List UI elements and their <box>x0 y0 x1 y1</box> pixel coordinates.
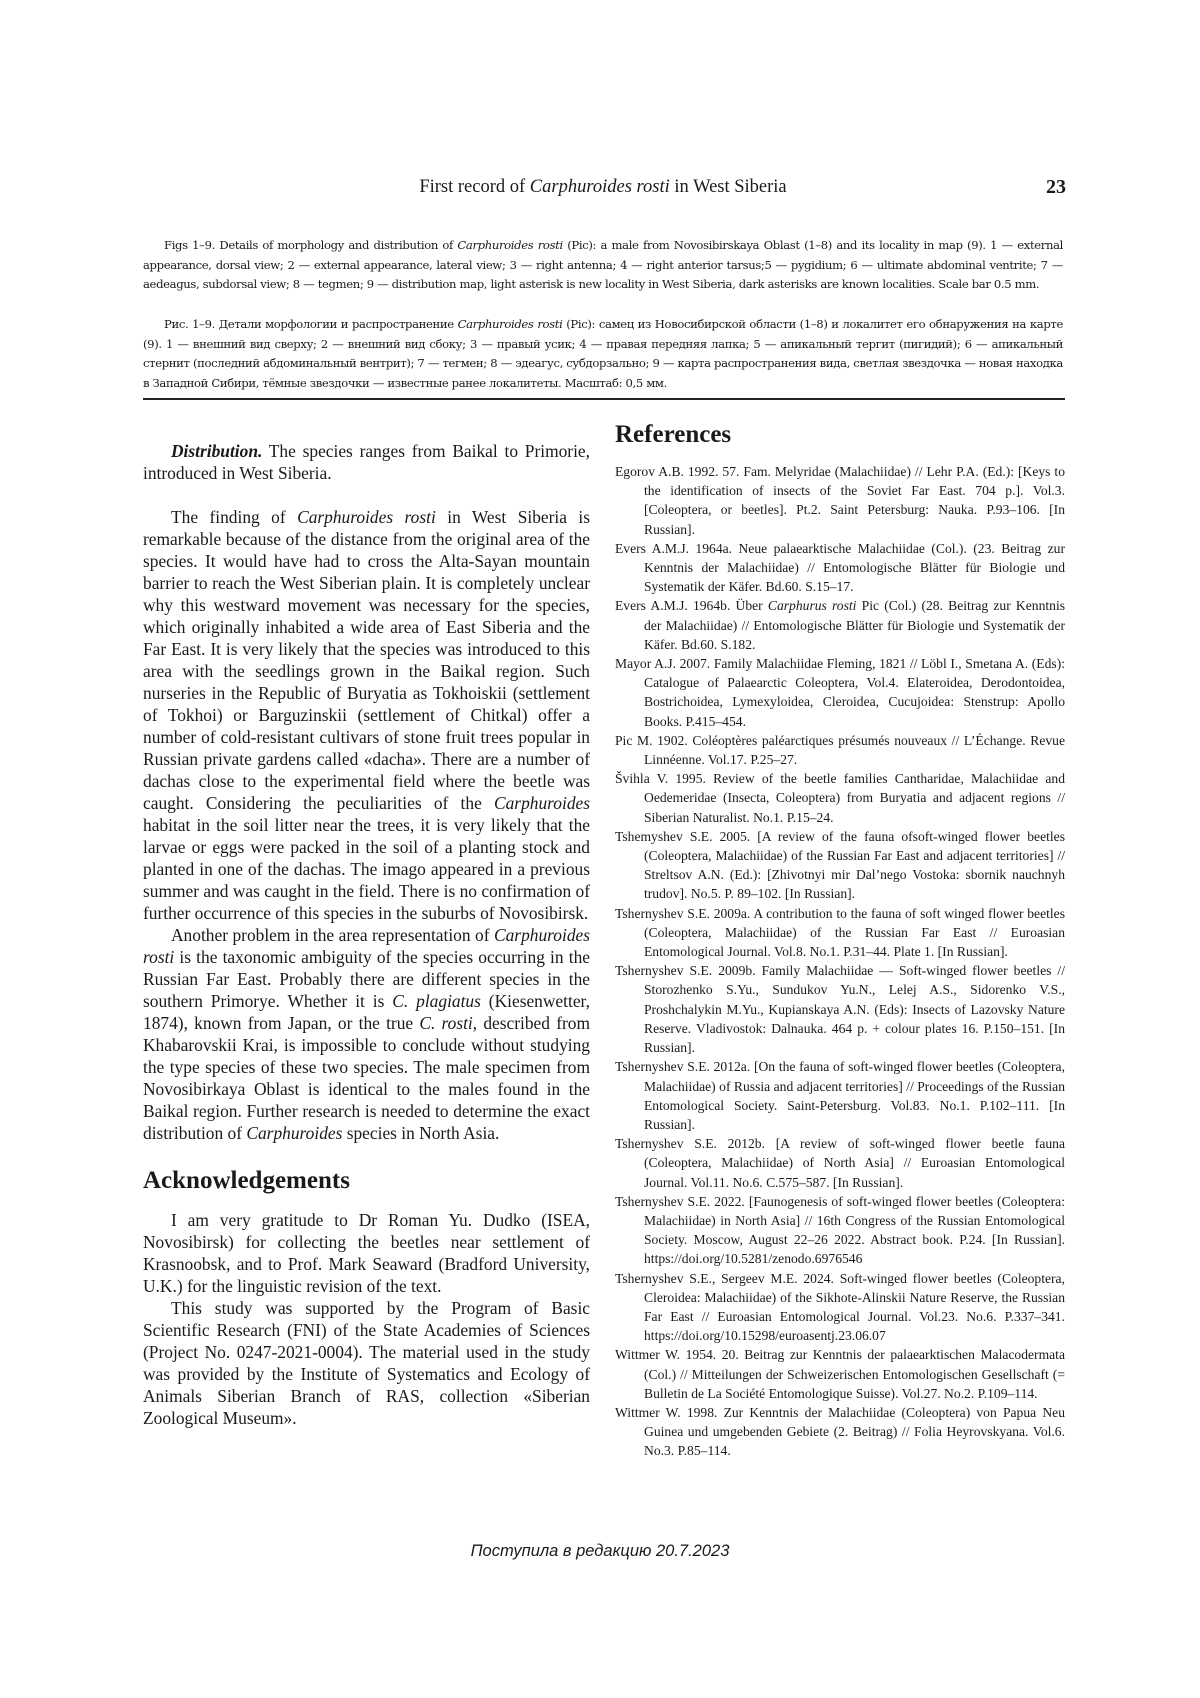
reference-item: Wittmer W. 1998. Zur Kenntnis der Malach… <box>615 1403 1065 1461</box>
reference-item: Tshernyshev S.E. 2009b. Family Malachiid… <box>615 961 1065 1057</box>
figure-caption-russian: Рис. 1–9. Детали морфологии и распростра… <box>143 315 1063 393</box>
section-divider <box>143 398 1065 400</box>
reference-item: Tshernyshev S.E. 2022. [Faunogenesis of … <box>615 1192 1065 1269</box>
reference-item: Evers A.M.J. 1964b. Über Carphurus rosti… <box>615 596 1065 654</box>
reference-item: Pic M. 1902. Coléoptères paléarctiques p… <box>615 731 1065 769</box>
reference-item: Tshernyshev S.E. 2012a. [On the fauna of… <box>615 1057 1065 1134</box>
references-column: References Egorov A.B. 1992. 57. Fam. Me… <box>615 420 1065 1461</box>
acknowledgements-paragraph-1: I am very gratitude to Dr Roman Yu. Dudk… <box>143 1209 590 1297</box>
reference-item: Švihla V. 1995. Review of the beetle fam… <box>615 769 1065 827</box>
reference-item: Wittmer W. 1954. 20. Beitrag zur Kenntni… <box>615 1345 1065 1403</box>
figure-caption-english: Figs 1–9. Details of morphology and dist… <box>143 236 1063 295</box>
distribution-label: Distribution. <box>171 441 262 461</box>
references-heading: References <box>615 420 1065 450</box>
page-number: 23 <box>1030 176 1066 198</box>
acknowledgements-heading: Acknowledgements <box>143 1166 590 1196</box>
reference-item: Tshernyshev S.E. 2009a. A contribution t… <box>615 904 1065 962</box>
main-text-column: Distribution. The species ranges from Ba… <box>143 440 590 1429</box>
body-paragraph-2: Another problem in the area representati… <box>143 924 590 1144</box>
reference-item: Egorov A.B. 1992. 57. Fam. Melyridae (Ma… <box>615 462 1065 539</box>
species-name: Carphuroides rosti <box>530 177 670 197</box>
reference-item: Evers A.M.J. 1964a. Neue palaearktische … <box>615 539 1065 597</box>
body-paragraph-1: The finding of Carphuroides rosti in Wes… <box>143 506 590 924</box>
reference-item: Mayor A.J. 2007. Family Malachiidae Flem… <box>615 654 1065 731</box>
reference-item: Tshernyshev S.E. 2012b. [A review of sof… <box>615 1134 1065 1192</box>
reference-item: Tshemyshev S.E. 2005. [A review of the f… <box>615 827 1065 904</box>
journal-page: First record of Carphuroides rosti in We… <box>0 0 1200 1698</box>
reference-item: Tshernyshev S.E., Sergeev M.E. 2024. Sof… <box>615 1269 1065 1346</box>
running-title: First record of Carphuroides rosti in We… <box>143 176 1063 198</box>
received-date: Поступила в редакцию 20.7.2023 <box>400 1541 800 1561</box>
acknowledgements-paragraph-2: This study was supported by the Program … <box>143 1297 590 1429</box>
distribution-paragraph: Distribution. The species ranges from Ba… <box>143 440 590 484</box>
